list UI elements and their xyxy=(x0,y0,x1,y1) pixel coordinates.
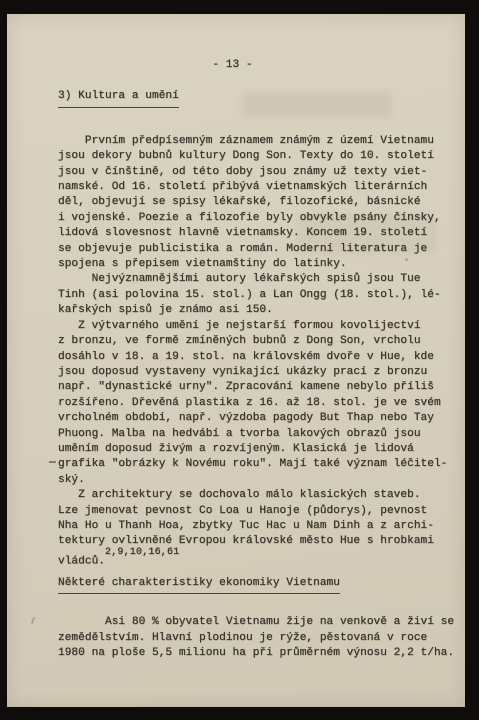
section-heading-text: 3) Kultura a umění xyxy=(58,89,179,107)
scan-frame: - 13 - 3) Kultura a umění Prvním předpís… xyxy=(0,0,479,720)
paragraph-economy: Asi 80 % obyvatel Vietnamu žije na venko… xyxy=(58,615,455,661)
paragraph-writing-and-literature: Prvním předpísemným záznamem známým z úz… xyxy=(58,134,455,273)
paragraph-architecture: Z architektury se dochovalo málo klasick… xyxy=(58,488,455,570)
paragraph-medical-authors: Nejvýznamnějšími autory lékařských spisů… xyxy=(58,272,455,318)
subsection-heading: Některé charakteristiky ekonomiky Vietna… xyxy=(58,576,455,594)
citation-superscript: 2,9,10,16,61 xyxy=(105,547,179,558)
section-heading: 3) Kultura a umění xyxy=(58,89,455,107)
page-number: - 13 - xyxy=(40,58,425,73)
subsection-heading-text: Některé charakteristiky ekonomiky Vietna… xyxy=(58,576,340,594)
page-content: - 13 - 3) Kultura a umění Prvním předpís… xyxy=(7,14,465,662)
document-page: - 13 - 3) Kultura a umění Prvním předpís… xyxy=(7,14,465,707)
paragraph-visual-arts: Z výtvarného umění je nejstarší formou k… xyxy=(58,319,455,488)
